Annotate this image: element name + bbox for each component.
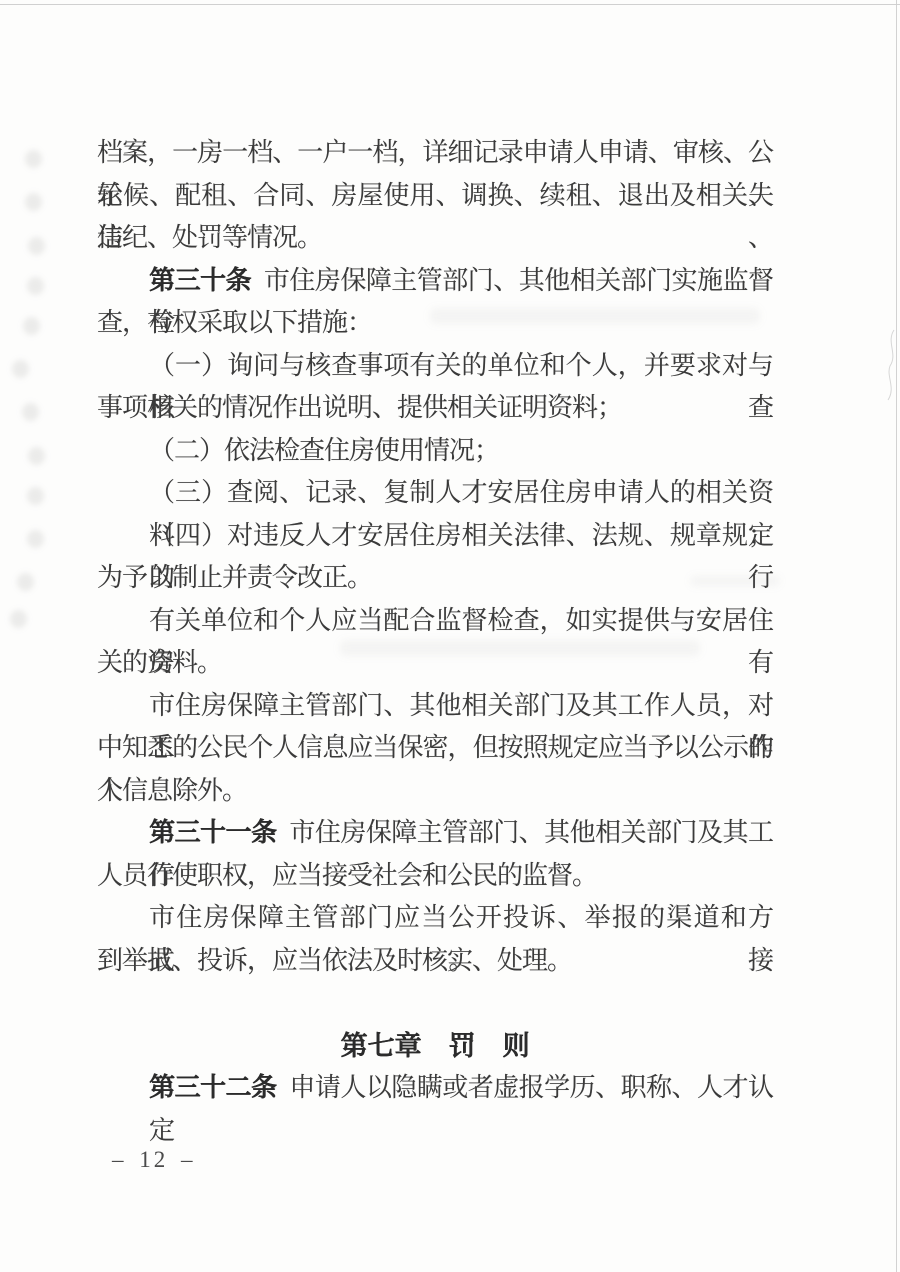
ghost-text-artifact: [340, 640, 700, 656]
scan-smudge: [28, 447, 45, 465]
scan-right-edge-line: [896, 0, 897, 1272]
scanned-document-page: 档案，一房一档、一户一档，详细记录申请人申请、审核、公示、轮候、配租、合同、房屋…: [0, 0, 900, 1272]
scan-smudge: [17, 573, 34, 591]
scan-smudge: [25, 193, 42, 211]
text-line: 市住房保障主管部门、其他相关部门及其工作人员，对工作: [97, 685, 773, 728]
scan-smudge: [27, 277, 44, 295]
text-line: 有关单位和个人应当配合监督检查，如实提供与安居住房有: [97, 600, 773, 643]
ghost-text-artifact: [430, 308, 760, 324]
text-line: 人信息除外。: [97, 770, 773, 813]
text-line: 中知悉的公民个人信息应当保密，但按照规定应当予以公示的个: [97, 727, 773, 770]
scan-smudge: [25, 150, 42, 168]
blank-line: [97, 982, 773, 1025]
text-line: 轮候、配租、合同、房屋使用、调换、续租、退出及相关失信、: [97, 175, 773, 218]
page-number: – 12 –: [112, 1147, 196, 1173]
document-body: 档案，一房一档、一户一档，详细记录申请人申请、审核、公示、轮候、配租、合同、房屋…: [97, 132, 773, 1110]
text-line: 档案，一房一档、一户一档，详细记录申请人申请、审核、公示、: [97, 132, 773, 175]
text-line: 市住房保障主管部门应当公开投诉、举报的渠道和方式。接: [97, 897, 773, 940]
text-line: 第三十一条市住房保障主管部门、其他相关部门及其工作: [97, 812, 773, 855]
ghost-text-artifact: [690, 576, 780, 586]
scan-smudge: [27, 487, 44, 505]
text-line: 第三十二条申请人以隐瞒或者虚报学历、职称、人才认定: [97, 1067, 773, 1110]
text-line: （一）询问与核查事项有关的单位和个人，并要求对与核查: [97, 345, 773, 388]
text-line: 第三十条市住房保障主管部门、其他相关部门实施监督检: [97, 260, 773, 303]
article-number: 第三十条: [149, 266, 251, 295]
scan-smudge: [10, 610, 27, 628]
chapter-heading: 第七章 罚 则: [97, 1025, 773, 1068]
scan-smudge: [22, 403, 39, 421]
scan-top-edge-line: [0, 4, 900, 5]
article-number: 第三十二条: [149, 1073, 276, 1102]
scan-smudge: [12, 360, 29, 378]
article-number: 第三十一条: [149, 818, 276, 847]
scan-smudge: [27, 530, 44, 548]
text-line: （三）查阅、记录、复制人才安居住房申请人的相关资料；: [97, 472, 773, 515]
text-line: （二）依法检查住房使用情况；: [97, 430, 773, 473]
scan-squiggle-artifact: [884, 328, 900, 402]
text-line: （四）对违反人才安居住房相关法律、法规、规章规定的行: [97, 515, 773, 558]
scan-smudge: [23, 317, 40, 335]
text-line: 人员行使职权，应当接受社会和公民的监督。: [97, 855, 773, 898]
scan-smudge: [28, 237, 45, 255]
